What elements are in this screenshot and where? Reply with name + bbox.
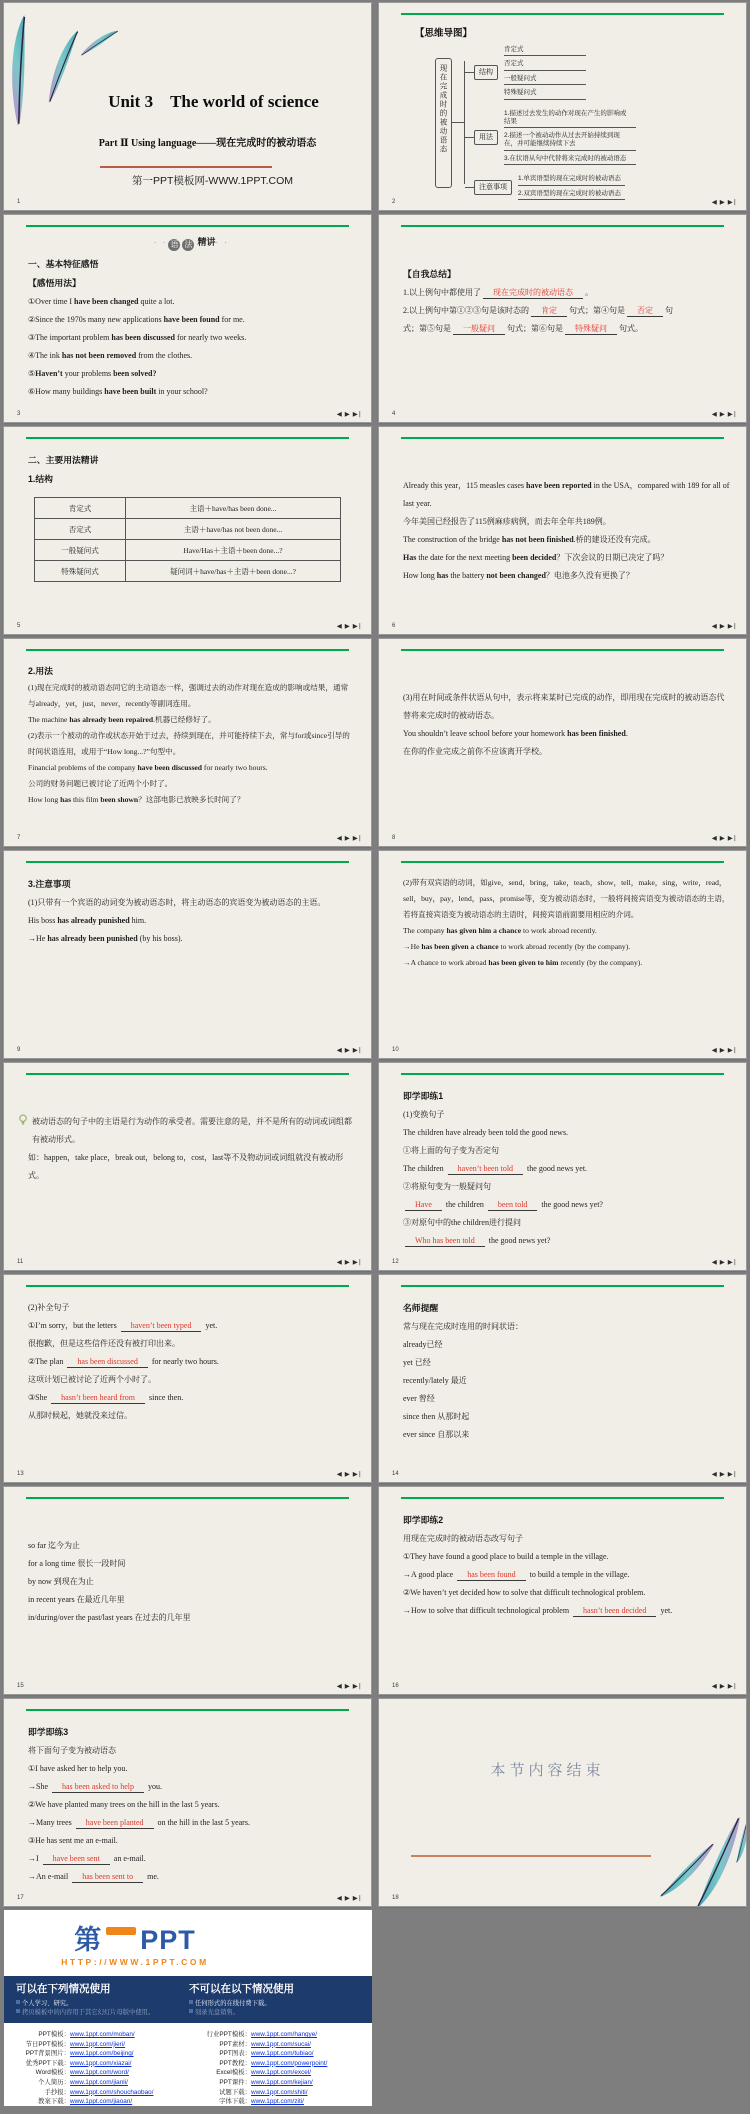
text-segment: How long [403,571,437,580]
footer-link-label: PPT模板： [6,2030,70,2040]
forbidden-usage-title: 不可以在以下情况使用 [189,1981,362,1996]
text-segment: the good news yet? [539,1200,603,1209]
text-segment: has not been finished [502,535,574,544]
text-segment: has [60,795,71,804]
answer-blank: has been asked to help [52,1782,144,1793]
text-segment: yet. [658,1606,672,1615]
mindmap-branch: 结构肯定式否定式一般疑问式特殊疑问式 [465,45,636,100]
footer-link-label: 教案下载： [6,2097,70,2107]
text-segment: have been built [104,387,156,396]
text-segment: been solved? [113,369,156,378]
mindmap-connector [465,187,474,188]
text-segment: 如：happen，take place，break out，belong to，… [28,1153,343,1180]
text-segment: to build a temple in the village. [528,1570,630,1579]
answer-blank: has been sent to [72,1872,143,1883]
slide-text-line: since then 从那时起 [403,1408,730,1426]
text-segment: 式；第⑤句是 [403,324,451,333]
footer-link-label: PPT素材： [187,2040,251,2050]
mindmap-item: 2.描述一个被动动作从过去开始持续到现在，并可能继续持续下去 [504,131,636,151]
nav-last-icon: ▶| [353,1682,362,1690]
text-segment: (by his boss). [138,934,183,943]
nav-next-icon: ▶ [345,1046,351,1054]
text-segment: (1)变换句子 [403,1110,444,1119]
nav-last-icon: ▶| [728,834,737,842]
slide-accent-line [26,1709,349,1711]
page-number: 16 [392,1683,399,1689]
slide-text-line: →I have been sent an e-mail. [28,1850,355,1868]
text-segment: 名师提醒 [403,1303,438,1313]
slide-4-thumbnail: 【自我总结】1.以上例句中都使用了现在完成时的被动语态。2.以上例句中第①②③句… [379,215,746,422]
slide-text-line: ever 曾经 [403,1390,730,1408]
footer-link-row: 手抄报：www.1ppt.com/shouchaobao/ [6,2088,187,2098]
slide-text-line: 名师提醒 [403,1299,730,1318]
footer-link[interactable]: www.1ppt.com/excel/ [251,2068,311,2078]
footer-link[interactable]: www.1ppt.com/kejian/ [251,2078,313,2088]
slide-text-line: ②The plan has been discussed for nearly … [28,1353,355,1371]
slide-text-line: in recent years 在最近几年里 [28,1591,355,1609]
text-segment: 常与现在完成时连用的时间状语： [403,1322,523,1331]
nav-prev-icon: ◀ [337,834,343,842]
slide-text-line: 2.用法 [28,663,355,680]
mindmap-branch: 注意事项1.单宾语型的现在完成时的被动语态2.双宾语型的现在完成时的被动语态 [465,174,636,200]
text-segment: 从那时候起，她就没来过信。 [28,1411,132,1420]
footer-link-row: 字体下载：www.1ppt.com/ziti/ [187,2097,368,2107]
page-number: 8 [392,835,395,841]
mindmap-item: 肯定式 [504,45,586,57]
page-number: 15 [17,1683,24,1689]
slide-text-line: Financial problems of the company have b… [28,760,355,776]
text-segment: Haven’t [35,369,63,378]
mindmap-item: 1.描述过去发生的动作对现在产生的影响或结果 [504,109,636,129]
text-segment: the children [444,1200,486,1209]
nav-prev-icon: ◀ [337,1470,343,1478]
footer-link[interactable]: www.1ppt.com/powerpoint/ [251,2059,327,2069]
text-segment: has given him a chance [446,926,521,935]
answer-blank: been told [488,1200,538,1211]
slide-text-line: →A good place has been found to build a … [403,1566,730,1584]
text-segment: →A chance to work abroad [403,958,488,967]
feather-decoration [618,1788,746,1906]
page-number: 9 [17,1047,20,1053]
footer-link[interactable]: www.1ppt.com/word/ [70,2068,129,2078]
page-number: 10 [392,1047,399,1053]
answer-blank: Who has been told [405,1236,485,1247]
slide-nav-controls: ◀▶▶| [710,834,737,842]
text-segment: on the hill in the last 5 years. [156,1818,250,1827]
slide-text-line: Who has been told the good news yet? [403,1232,730,1250]
slide-17-thumbnail: 即学即练3将下面句子变为被动语态①I have asked her to hel… [4,1699,371,1906]
table-cell-form-name: 否定式 [35,519,126,540]
text-segment: has been finished [567,729,626,738]
footer-link[interactable]: www.1ppt.com/jieri/ [70,2040,125,2050]
slide-text-line: The construction of the bridge has not b… [403,531,730,549]
answer-blank: have been planted [76,1818,154,1829]
table-cell-pattern: 疑问词＋have/has＋主语＋been done...? [126,561,341,582]
nav-next-icon: ▶ [720,410,726,418]
text-segment: (1)现在完成时的被动语态同它的主动语态一样，强调过去的动作对现在造成的影响或结… [28,683,348,708]
slide-text-line: 在你的作业完成之前你不应该离开学校。 [403,743,730,761]
nav-next-icon: ▶ [720,1046,726,1054]
footer-link-label: 个人简历： [6,2078,70,2088]
nav-next-icon: ▶ [345,1258,351,1266]
text-segment: 被动语态的句子中的主语是行为动作的承受者。需要注意的是，并不是所有的动词或词组都… [32,1117,352,1144]
nav-next-icon: ▶ [720,1682,726,1690]
text-segment: ③对原句中的the children进行提问 [403,1218,521,1227]
feather-decoration [6,9,138,133]
usage-term-item: 刻录光盘销售。 [189,2008,362,2017]
text-segment: ②We have planted many trees on the hill … [28,1800,220,1809]
site-url: HTTP://WWW.1PPT.COM [4,1957,266,1967]
footer-link-label: 节日PPT模板： [6,2040,70,2050]
text-segment: in your school? [156,387,207,396]
text-segment: 很抱歉，但是这些信件还没有被打印出来。 [28,1339,180,1348]
text-segment: have been discussed [137,763,202,772]
nav-next-icon: ▶ [720,1258,726,1266]
feather-icon [732,1822,746,1865]
page-number: 2 [392,199,395,205]
mindmap-connector [465,72,474,73]
page-number: 5 [17,623,20,629]
text-segment: 句式；第④句是 [569,306,625,315]
slide-text-line: 3.注意事项 [28,875,355,894]
slide-text-line: 二、主要用法精讲 [28,451,355,470]
text-segment: 即学即练3 [28,1727,68,1737]
slide-body: 即学即练1(1)变换句子The children have already be… [403,1087,730,1254]
table-cell-form-name: 特殊疑问式 [35,561,126,582]
slide-text-line: 【感悟用法】 [28,274,355,293]
footer-link-row: PPT素材：www.1ppt.com/sucai/ [187,2040,368,2050]
text-segment: 3.注意事项 [28,879,71,889]
slide-text-line: Have the children been told the good new… [403,1196,730,1214]
slide-body: 二、主要用法精讲1.结构肯定式主语＋have/has been done...否… [28,451,355,618]
slide-text-line: →Many trees have been planted on the hil… [28,1814,355,1832]
section-badge: · ·语法精讲· · [28,235,355,251]
slide-text-line: 常与现在完成时连用的时间状语： [403,1318,730,1336]
mindmap-root-node: 现在完成时的被动语态 [435,58,452,188]
slide-text-line: ever since 自那以来 [403,1426,730,1444]
text-segment: has not been removed [62,351,136,360]
mindmap-branch-label: 注意事项 [474,180,512,195]
text-segment: for a long time 很长一段时间 [28,1559,125,1568]
text-segment: you. [146,1782,162,1791]
text-segment: me. [145,1872,159,1881]
slide-text-line: →A chance to work abroad has been given … [403,955,730,971]
footer-link[interactable]: www.1ppt.com/shouchaobao/ [70,2088,153,2098]
text-segment: for nearly two hours. [150,1357,219,1366]
footer-link[interactable]: www.1ppt.com/hangye/ [251,2030,317,2040]
text-segment: →A good place [403,1570,455,1579]
text-segment: →An e-mail [28,1872,70,1881]
slide-text-line: 被动语态的句子中的主语是行为动作的承受者。需要注意的是，并不是所有的动词或词组都… [32,1113,355,1149]
nav-prev-icon: ◀ [337,410,343,418]
slide-text-line: 将下面句子变为被动语态 [28,1742,355,1760]
mindmap-connector [465,137,474,138]
slide-nav-controls: ◀▶▶| [710,1682,737,1690]
slide-text-line: ②将原句变为一般疑问句 [403,1178,730,1196]
slide-text-line: ②We have planted many trees on the hill … [28,1796,355,1814]
slide-accent-line [26,225,349,227]
slide-10-thumbnail: (2)带有双宾语的动词，如give，send，bring，take，teach，… [379,851,746,1058]
answer-blank: has been discussed [67,1357,147,1368]
slide-6-thumbnail: Already this year，115 measles cases have… [379,427,746,634]
footer-link-row: Word模板：www.1ppt.com/word/ [6,2068,187,2078]
answer-blank: 一般疑问 [453,324,505,335]
text-segment: has been discussed [111,333,175,342]
text-segment: →How to solve that difficult technologic… [403,1606,571,1615]
text-segment: The machine [28,715,69,724]
footer-link[interactable]: www.1ppt.com/beijing/ [70,2049,134,2059]
text-segment: has already punished [57,916,129,925]
slide-nav-controls: ◀▶▶| [335,1682,362,1690]
slide-nav-controls: ◀▶▶| [335,410,362,418]
slide-text-line: →He has been given a chance to work abro… [403,939,730,955]
table-cell-pattern: 主语＋have/has been done... [126,498,341,519]
text-segment: (2)带有双宾语的动词，如give，send，bring，take，teach，… [403,878,730,919]
slide-text-line: The machine has already been repaired.机器… [28,712,355,728]
answer-blank: haven’t been typed [121,1321,202,1332]
text-segment: →She [28,1782,50,1791]
slide-accent-line [26,437,349,439]
slide-text-line: 这项计划已被讨论了近两个小时了。 [28,1371,355,1389]
slide-body: 名师提醒常与现在完成时连用的时间状语：already已经yet 已经recent… [403,1299,730,1466]
nav-last-icon: ▶| [728,1258,737,1266]
page-number: 17 [17,1895,24,1901]
text-segment: 公司的财务问题已被讨论了近两个小时了。 [28,779,172,788]
text-segment: has already been repaired [69,715,153,724]
nav-last-icon: ▶| [353,622,362,630]
text-segment: Financial problems of the company [28,763,137,772]
answer-blank: 现在完成时的被动语态 [483,288,583,299]
nav-last-icon: ▶| [728,1470,737,1478]
slide-text-line: 1.以上例句中都使用了现在完成时的被动语态。 [403,284,730,302]
slide-text-line: ①I’m sorry，but the letters haven’t been … [28,1317,355,1335]
slide-text-line: 用现在完成时的被动语态改写句子 [403,1530,730,1548]
footer-link[interactable]: www.1ppt.com/moban/ [70,2030,135,2040]
footer-link[interactable]: www.1ppt.com/tubiao/ [251,2049,314,2059]
text-segment: 二、主要用法精讲 [28,455,98,465]
slide-7-thumbnail: 2.用法(1)现在完成时的被动语态同它的主动语态一样，强调过去的动作对现在造成的… [4,639,371,846]
slide-accent-line [401,437,724,439]
slide-1-thumbnail: Unit 3 The world of sciencePart Ⅱ Using … [4,3,371,210]
nav-next-icon: ▶ [720,198,726,206]
page-number: 13 [17,1471,24,1477]
answer-blank: 肯定 [531,306,567,317]
slide-9-thumbnail: 3.注意事项(1)只带有一个宾语的动词变为被动语态时，将主动语态的宾语变为被动语… [4,851,371,1058]
slide-text-line: (3)用在时间或条件状语从句中，表示将来某时已完成的动作，即用现在完成时的被动语… [403,689,730,725]
slide-nav-controls: ◀▶▶| [335,622,362,630]
text-segment: You shouldn’t leave school before your h… [403,729,567,738]
end-divider-line [411,1855,651,1857]
slide-body: (2)补全句子①I’m sorry，but the letters haven’… [28,1299,355,1466]
page-number: 18 [392,1895,399,1901]
slide-text-line: 从那时候起，她就没来过信。 [28,1407,355,1425]
footer-link-row: PPT图表：www.1ppt.com/tubiao/ [187,2049,368,2059]
footer-link-label: Excel模板： [187,2068,251,2078]
logo-di-glyph: 第 [74,1925,102,1955]
slide-text-line: (2)表示一个被动的动作或状态开始于过去，持续到现在，并可能持续下去，常与for… [28,728,355,760]
nav-prev-icon: ◀ [712,1258,718,1266]
text-segment: 2.用法 [28,666,53,676]
slide-accent-line [26,861,349,863]
slide-2-thumbnail: 【思维导图】现在完成时的被动语态结构肯定式否定式一般疑问式特殊疑问式用法1.描述… [379,3,746,210]
footer-link-label: 试题下载： [187,2088,251,2098]
badge-dots: · · [154,238,168,247]
text-segment: been shown [100,795,138,804]
answer-blank: hasn’t been decided [573,1606,656,1617]
slide-thumbnail-grid: Unit 3 The world of sciencePart Ⅱ Using … [0,0,750,1906]
slide-text-line: ⑥How many buildings have been built in y… [28,383,355,401]
page-number: 14 [392,1471,399,1477]
text-segment: your problems [63,369,113,378]
slide-text-line: 即学即练2 [403,1511,730,1530]
slide-text-line: ①I have asked her to help you. [28,1760,355,1778]
slide-nav-controls: ◀▶▶| [710,1046,737,1054]
text-segment: .桥的建设还没有完成。 [574,535,656,544]
slide-nav-controls: ◀▶▶| [710,1258,737,1266]
slide-14-thumbnail: 名师提醒常与现在完成时连用的时间状语：already已经yet 已经recent… [379,1275,746,1482]
text-segment: ①I have asked her to help you. [28,1764,127,1773]
footer-link-label: 字体下载： [187,2097,251,2107]
slide-text-line: ③对原句中的the children进行提问 [403,1214,730,1232]
page-number: 3 [17,411,20,417]
slide-13-thumbnail: (2)补全句子①I’m sorry，but the letters haven’… [4,1275,371,1482]
nav-next-icon: ▶ [345,1470,351,1478]
text-segment: has been given a chance [421,942,498,951]
nav-prev-icon: ◀ [712,834,718,842]
text-segment: ③The important problem [28,333,111,342]
text-segment: have been changed [74,297,138,306]
badge-text: 精讲 [197,237,215,247]
ppt-preview-page: { "page_bg": "#7e7e7e", "slides": [ {"ty… [0,0,750,2114]
text-segment: Has [403,553,416,562]
footer-link[interactable]: www.1ppt.com/xiazai/ [70,2059,131,2069]
slide-text-line: →How to solve that difficult technologic… [403,1602,730,1620]
footer-link[interactable]: www.1ppt.com/jianli/ [70,2078,128,2088]
slide-text-line: ③She hasn’t been heard from since then. [28,1389,355,1407]
slide-text-line: →He has already been punished (by his bo… [28,930,355,948]
text-segment: has been given to him [488,958,558,967]
footer-link[interactable]: www.1ppt.com/jiaoan/ [70,2097,132,2107]
nav-prev-icon: ◀ [337,1682,343,1690]
text-segment: 1.结构 [28,474,53,484]
nav-prev-icon: ◀ [337,1894,343,1902]
slide-text-line: (1)现在完成时的被动语态同它的主动语态一样，强调过去的动作对现在造成的影响或结… [28,680,355,712]
text-segment: 1.以上例句中都使用了 [403,288,481,297]
footer-link[interactable]: www.1ppt.com/shiti/ [251,2088,307,2098]
slide-body: 【自我总结】1.以上例句中都使用了现在完成时的被动语态。2.以上例句中第①②③句… [403,265,730,406]
slide-16-thumbnail: 即学即练2用现在完成时的被动语态改写句子①They have found a g… [379,1487,746,1694]
page-number: 6 [392,623,395,629]
slide-nav-controls: ◀▶▶| [710,198,737,206]
text-segment: by now 到现在为止 [28,1577,94,1586]
text-segment: an e-mail. [112,1854,146,1863]
text-segment: ②We haven’t yet decided how to solve tha… [403,1588,645,1597]
text-segment: . [626,729,628,738]
mindmap-items: 肯定式否定式一般疑问式特殊疑问式 [504,45,586,100]
slide-text-line: The company has given him a chance to wo… [403,923,730,939]
slide-nav-controls: ◀▶▶| [335,1046,362,1054]
slide-nav-controls: ◀▶▶| [335,1894,362,1902]
text-segment: recently (by the company). [558,958,642,967]
nav-prev-icon: ◀ [712,198,718,206]
text-segment: the battery [448,571,486,580]
nav-next-icon: ▶ [720,622,726,630]
slide-text-line: You shouldn’t leave school before your h… [403,725,730,743]
nav-next-icon: ▶ [345,834,351,842]
slide-body: so far 迄今为止for a long time 很长一段时间by now … [28,1537,355,1678]
text-segment: ？下次会议的日期已决定了吗？ [556,553,668,562]
slide-text-line: in/during/over the past/last years 在过去的几… [28,1609,355,1627]
slide-text-line: The children have already been told the … [403,1124,730,1142]
slide-accent-line [401,1285,724,1287]
slide-body: (3)用在时间或条件状语从句中，表示将来某时已完成的动作，即用现在完成时的被动语… [403,689,730,830]
text-segment: ？电池多久没有更换了？ [546,571,634,580]
mindmap-connector [452,122,464,123]
text-segment: 用现在完成时的被动语态改写句子 [403,1534,523,1543]
slide-text-line: ②Since the 1970s many new applications h… [28,311,355,329]
footer-link-row: 优秀PPT下载：www.1ppt.com/xiazai/ [6,2059,187,2069]
text-segment: The children [403,1164,446,1173]
logo-wordmark: 第PPT [4,1925,266,1955]
slide-text-line: ①They have found a good place to build a… [403,1548,730,1566]
table-cell-form-name: 一般疑问式 [35,540,126,561]
text-segment: 。 [585,288,593,297]
slide-accent-line [26,1073,349,1075]
slide-text-line: ①将上面的句子变为否定句 [403,1142,730,1160]
slide-11-thumbnail: 被动语态的句子中的主语是行为动作的承受者。需要注意的是，并不是所有的动词或词组都… [4,1063,371,1270]
footer-link-row: 试题下载：www.1ppt.com/shiti/ [187,2088,368,2098]
slide-text-line: ①Over time I have been changed quite a l… [28,293,355,311]
page-number: 1 [17,199,20,205]
text-segment: the good news yet. [525,1164,587,1173]
slide-text-line: 即学即练3 [28,1723,355,1742]
mindmap-branch-label: 用法 [474,130,498,145]
answer-blank: have been sent [43,1854,110,1865]
slide-text-line: by now 到现在为止 [28,1573,355,1591]
lesson-title: Unit 3 The world of science [64,87,363,112]
footer-link[interactable]: www.1ppt.com/ziti/ [251,2097,304,2107]
footer-link-row: 个人简历：www.1ppt.com/jianli/ [6,2078,187,2088]
page-number: 4 [392,411,395,417]
text-segment: (2)补全句子 [28,1303,69,1312]
slide-nav-controls: ◀▶▶| [710,622,737,630]
text-segment: ③He has sent me an e-mail. [28,1836,118,1845]
mindmap-item: 2.双宾语型的现在完成时的被动语态 [518,189,625,201]
text-segment: have been found [164,315,220,324]
footer-link-label: Word模板： [6,2068,70,2078]
slide-text-line: 如：happen，take place，break out，belong to，… [28,1149,355,1185]
text-segment: Already this year，115 measles cases [403,481,526,490]
text-segment: for nearly two hours. [202,763,268,772]
text-segment: ①Over time I [28,297,74,306]
nav-prev-icon: ◀ [337,1046,343,1054]
slide-text-line: 2.以上例句中第①②③句是该时态的肯定句式；第④句是否定句 [403,302,730,320]
text-segment: yet 已经 [403,1358,431,1367]
slide-text-line: ④The ink has not been removed from the c… [28,347,355,365]
slide-text-line: 今年美国已经报告了115例麻疹病例，而去年全年共189例。 [403,513,730,531]
nav-prev-icon: ◀ [712,1470,718,1478]
site-links-section: PPT模板：www.1ppt.com/moban/节日PPT模板：www.1pp… [4,2023,372,2107]
badge-circle-char: 语 [168,239,180,251]
footer-link[interactable]: www.1ppt.com/sucai/ [251,2040,311,2050]
nav-last-icon: ▶| [728,622,737,630]
page-number: 11 [17,1259,23,1265]
text-segment: (3)用在时间或条件状语从句中，表示将来某时已完成的动作，即用现在完成时的被动语… [403,693,724,720]
text-segment: in recent years 在最近几年里 [28,1595,125,1604]
links-column-left: PPT模板：www.1ppt.com/moban/节日PPT模板：www.1pp… [6,2030,187,2107]
slide-text-line: 很抱歉，但是这些信件还没有被打印出来。 [28,1335,355,1353]
text-segment: to work abroad recently (by the company)… [499,942,631,951]
